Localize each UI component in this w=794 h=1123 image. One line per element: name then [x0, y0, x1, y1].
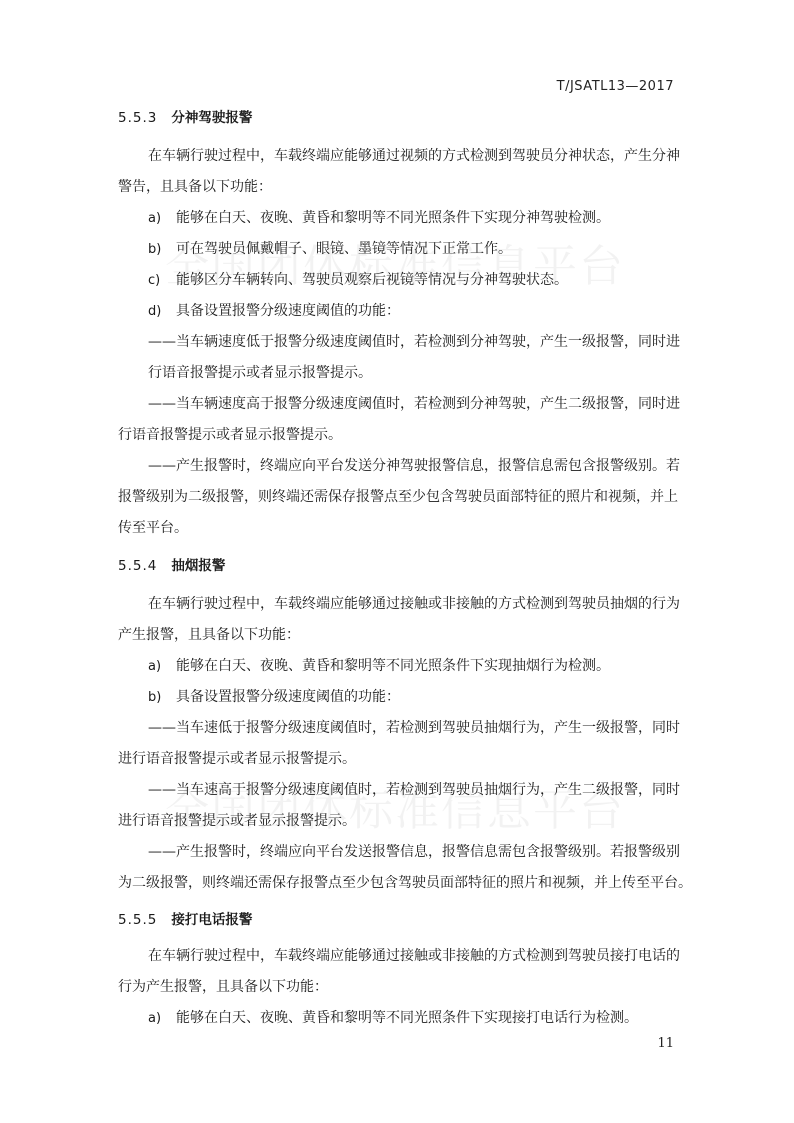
- list-item-label: a): [148, 1009, 176, 1029]
- list-item-label: d): [148, 302, 176, 322]
- list-item: b)具备设置报警分级速度阈值的功能：: [148, 687, 708, 708]
- document-page: 全国团体标准信息平台 全国团体标准信息平台 T/JSATL13—2017 5.5…: [0, 0, 794, 1123]
- paragraph-line: 在车辆行驶过程中，车载终端应能够通过视频的方式检测到驾驶员分神状态，产生分神: [148, 146, 708, 166]
- dash-line: ——当车辆速度低于报警分级速度阈值时，若检测到分神驾驶，产生一级报警，同时进: [148, 332, 708, 352]
- section-number: 5.5.4: [118, 558, 157, 574]
- list-item-text: 能够在白天、夜晚、黄昏和黎明等不同光照条件下实现分神驾驶检测。: [176, 210, 610, 226]
- list-item-text: 能够在白天、夜晚、黄昏和黎明等不同光照条件下实现抽烟行为检测。: [176, 658, 610, 674]
- list-item-label: a): [148, 209, 176, 229]
- list-item: a)能够在白天、夜晚、黄昏和黎明等不同光照条件下实现接打电话行为检测。: [148, 1008, 708, 1029]
- dash-line-cont: 报警级别为二级报警，则终端还需保存报警点至少包含驾驶员面部特征的照片和视频，并上: [118, 487, 678, 507]
- dash-line-cont: 传至平台。: [118, 518, 678, 538]
- section-heading: 5.5.4抽烟报警: [118, 556, 678, 576]
- dash-line-cont: 进行语音报警提示或者显示报警提示。: [118, 811, 678, 831]
- list-item: a)能够在白天、夜晚、黄昏和黎明等不同光照条件下实现分神驾驶检测。: [148, 208, 708, 229]
- dash-line: ——当车速高于报警分级速度阈值时，若检测到驾驶员抽烟行为，产生二级报警，同时: [148, 780, 708, 800]
- document-code: T/JSATL13—2017: [557, 79, 674, 94]
- list-item-label: a): [148, 657, 176, 677]
- list-item-text: 具备设置报警分级速度阈值的功能：: [176, 303, 400, 319]
- section-number: 5.5.5: [118, 912, 157, 928]
- dash-line: ——产生报警时，终端应向平台发送分神驾驶报警信息，报警信息需包含报警级别。若: [148, 456, 708, 476]
- list-item-label: c): [148, 271, 176, 291]
- section-title: 接打电话报警: [171, 912, 252, 928]
- dash-line-cont: 进行语音报警提示或者显示报警提示。: [118, 749, 678, 769]
- section-heading: 5.5.5接打电话报警: [118, 910, 678, 930]
- list-item-label: b): [148, 688, 176, 708]
- dash-line: ——当车速低于报警分级速度阈值时，若检测到驾驶员抽烟行为，产生一级报警，同时: [148, 718, 708, 738]
- paragraph-line: 警告，且具备以下功能：: [118, 177, 678, 197]
- dash-line: ——产生报警时，终端应向平台发送报警信息，报警信息需包含报警级别。若报警级别: [148, 842, 708, 862]
- dash-line-cont: 为二级报警，则终端还需保存报警点至少包含驾驶员面部特征的照片和视频，并上传至平台…: [118, 873, 678, 893]
- paragraph-line: 产生报警，且具备以下功能：: [118, 625, 678, 645]
- list-item: b)可在驾驶员佩戴帽子、眼镜、墨镜等情况下正常工作。: [148, 239, 708, 260]
- list-item: a)能够在白天、夜晚、黄昏和黎明等不同光照条件下实现抽烟行为检测。: [148, 656, 708, 677]
- list-item-text: 具备设置报警分级速度阈值的功能：: [176, 689, 400, 705]
- dash-line-cont: 行语音报警提示或者显示报警提示。: [118, 425, 678, 445]
- list-item-text: 可在驾驶员佩戴帽子、眼镜、墨镜等情况下正常工作。: [176, 241, 512, 257]
- section-title: 分神驾驶报警: [171, 110, 252, 126]
- paragraph-line: 行为产生报警，且具备以下功能：: [118, 977, 678, 997]
- section-number: 5.5.3: [118, 110, 157, 126]
- paragraph-line: 在车辆行驶过程中，车载终端应能够通过接触或非接触的方式检测到驾驶员抽烟的行为: [148, 594, 708, 614]
- dash-line-cont: 行语音报警提示或者显示报警提示。: [148, 363, 708, 383]
- section-heading: 5.5.3分神驾驶报警: [118, 108, 678, 128]
- paragraph-line: 在车辆行驶过程中，车载终端应能够通过接触或非接触的方式检测到驾驶员接打电话的: [148, 946, 708, 966]
- section-title: 抽烟报警: [171, 558, 225, 574]
- list-item: c)能够区分车辆转向、驾驶员观察后视镜等情况与分神驾驶状态。: [148, 270, 708, 291]
- list-item-text: 能够区分车辆转向、驾驶员观察后视镜等情况与分神驾驶状态。: [176, 272, 568, 288]
- list-item-label: b): [148, 240, 176, 260]
- page-number: 11: [657, 1036, 674, 1051]
- list-item: d)具备设置报警分级速度阈值的功能：: [148, 301, 708, 322]
- dash-line: ——当车辆速度高于报警分级速度阈值时，若检测到分神驾驶，产生二级报警，同时进: [148, 394, 708, 414]
- list-item-text: 能够在白天、夜晚、黄昏和黎明等不同光照条件下实现接打电话行为检测。: [176, 1010, 638, 1026]
